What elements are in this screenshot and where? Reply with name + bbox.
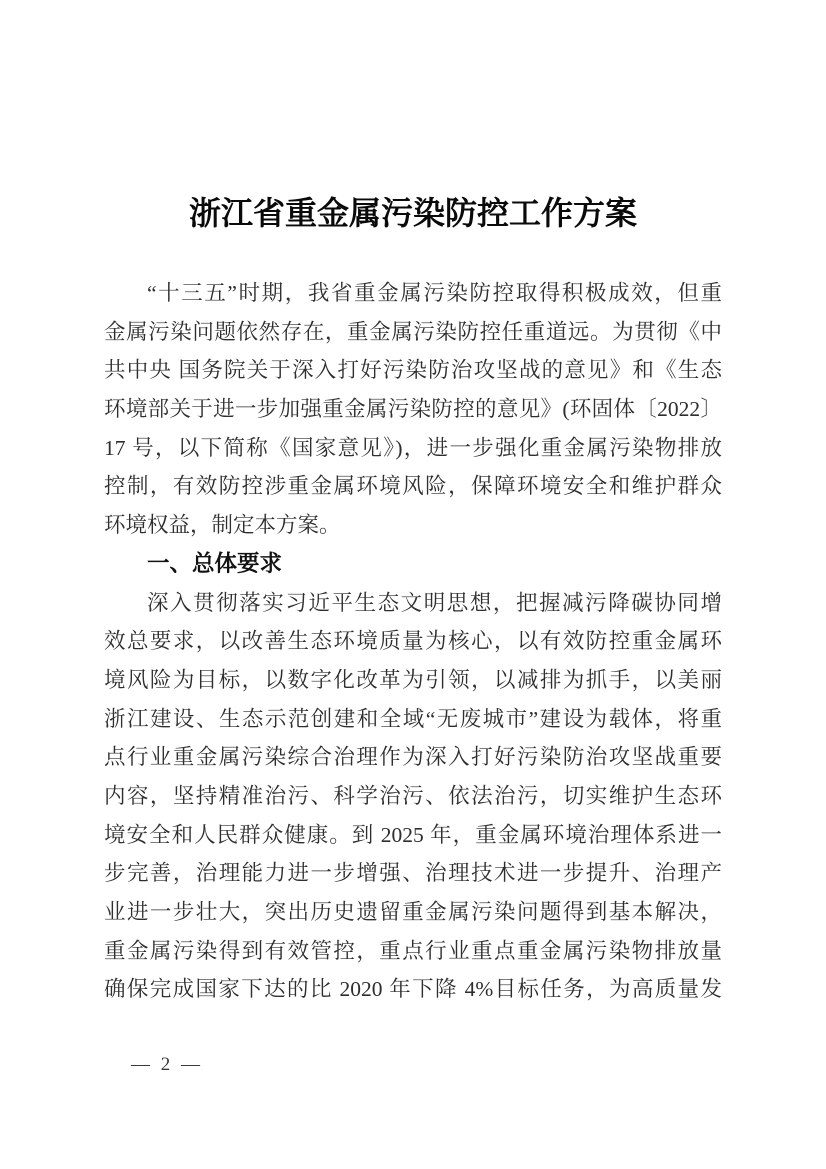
doc-line: 境风险为目标，以数字化改革为引领，以减排为抓手，以美丽 [104,661,722,700]
doc-line: 浙江建设、生态示范创建和全域“无废城市”建设为载体，将重 [104,700,722,739]
doc-line: 环境权益，制定本方案。 [104,506,722,545]
doc-line: 共中央 国务院关于深入打好污染防治攻坚战的意见》和《生态 [104,351,722,390]
page-number: — 2 — [131,1054,200,1076]
doc-line: 控制，有效防控涉重金属环境风险，保障环境安全和维护群众 [104,467,722,506]
doc-line: 金属污染问题依然存在，重金属污染防控任重道远。为贯彻《中 [104,313,722,352]
document-title: 浙江省重金属污染防控工作方案 [0,188,826,234]
doc-line: 确保完成国家下达的比 2020 年下降 4%目标任务，为高质量发 [104,970,722,1009]
doc-line: “十三五”时期，我省重金属污染防控取得积极成效，但重 [104,274,722,313]
doc-line: 17 号，以下简称《国家意见》)，进一步强化重金属污染物排放 [104,429,722,468]
doc-line: 业进一步壮大，突出历史遗留重金属污染问题得到基本解决， [104,893,722,932]
document-page: 浙江省重金属污染防控工作方案 “十三五”时期，我省重金属污染防控取得积极成效，但… [0,0,826,1169]
doc-line: 点行业重金属污染综合治理作为深入打好污染防治攻坚战重要 [104,738,722,777]
section-heading: 一、总体要求 [104,545,722,584]
doc-line: 效总要求，以改善生态环境质量为核心，以有效防控重金属环 [104,622,722,661]
doc-line: 内容，坚持精准治污、科学治污、依法治污，切实维护生态环 [104,777,722,816]
doc-line: 境安全和人民群众健康。到 2025 年，重金属环境治理体系进一 [104,816,722,855]
doc-line: 深入贯彻落实习近平生态文明思想，把握减污降碳协同增 [104,584,722,623]
document-body: “十三五”时期，我省重金属污染防控取得积极成效，但重 金属污染问题依然存在，重金… [104,274,722,1009]
doc-line: 重金属污染得到有效管控，重点行业重点重金属污染物排放量 [104,932,722,971]
doc-line: 步完善，治理能力进一步增强、治理技术进一步提升、治理产 [104,854,722,893]
doc-line: 环境部关于进一步加强重金属污染防控的意见》(环固体〔2022〕 [104,390,722,429]
